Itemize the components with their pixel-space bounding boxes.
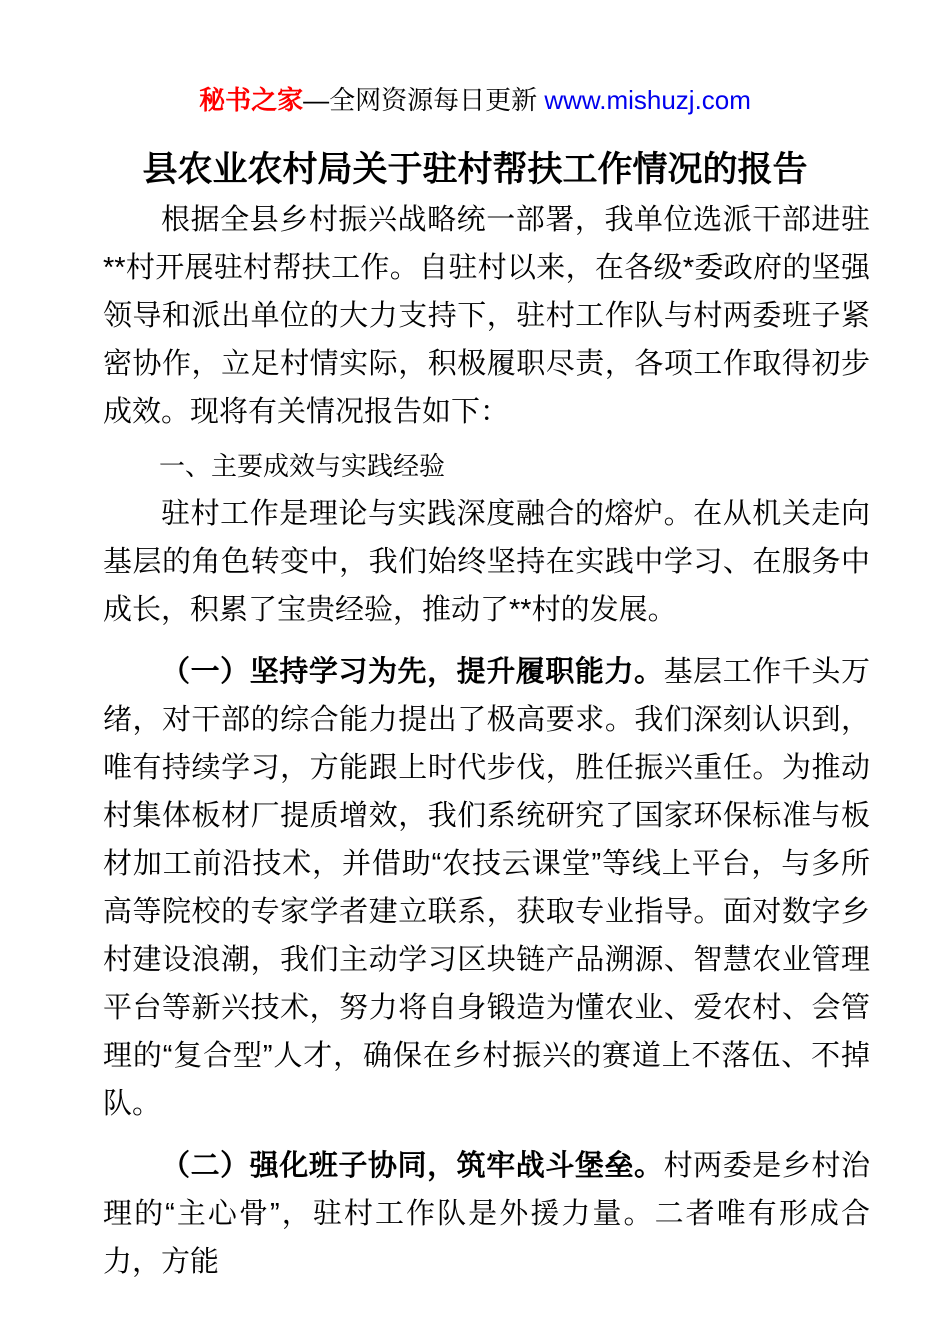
bold-lead-run: （二）强化班子协同，筑牢战斗堡垒。: [161, 1150, 664, 1182]
text-run: 驻村工作是理论与实践深度融合的熔炉。在从机关走向基层的角色转变中，我们始终坚持在…: [103, 498, 870, 626]
bold-lead-run: （一）坚持学习为先，提升履职能力。: [161, 656, 664, 688]
text-run: 基层工作千头万绪，对干部的综合能力提出了极高要求。我们深刻认识到，唯有持续学习，…: [103, 656, 870, 1120]
text-run: 根据全县乡村振兴战略统一部署，我单位选派干部进驻**村开展驻村帮扶工作。自驻村以…: [103, 204, 870, 428]
document-page: 秘书之家—全网资源每日更新 www.mishuzj.com 县农业农村局关于驻村…: [0, 0, 950, 1344]
subsection-paragraph: （二）强化班子协同，筑牢战斗堡垒。村两委是乡村治理的“主心骨”，驻村工作队是外援…: [103, 1142, 870, 1286]
paragraph: 驻村工作是理论与实践深度融合的熔炉。在从机关走向基层的角色转变中，我们始终坚持在…: [103, 490, 870, 634]
site-tagline: —全网资源每日更新: [303, 85, 544, 115]
site-url-link[interactable]: www.mishuzj.com: [544, 85, 751, 115]
site-header: 秘书之家—全网资源每日更新 www.mishuzj.com: [0, 0, 950, 120]
paragraph: 根据全县乡村振兴战略统一部署，我单位选派干部进驻**村开展驻村帮扶工作。自驻村以…: [103, 196, 870, 436]
document-body: 根据全县乡村振兴战略统一部署，我单位选派干部进驻**村开展驻村帮扶工作。自驻村以…: [0, 196, 950, 1286]
document-title: 县农业农村局关于驻村帮扶工作情况的报告: [0, 144, 950, 196]
subsection-paragraph: （一）坚持学习为先，提升履职能力。基层工作千头万绪，对干部的综合能力提出了极高要…: [103, 648, 870, 1128]
text-run: 一、主要成效与实践经验: [159, 451, 445, 481]
section-heading: 一、主要成效与实践经验: [103, 442, 870, 490]
site-name: 秘书之家: [199, 85, 303, 115]
